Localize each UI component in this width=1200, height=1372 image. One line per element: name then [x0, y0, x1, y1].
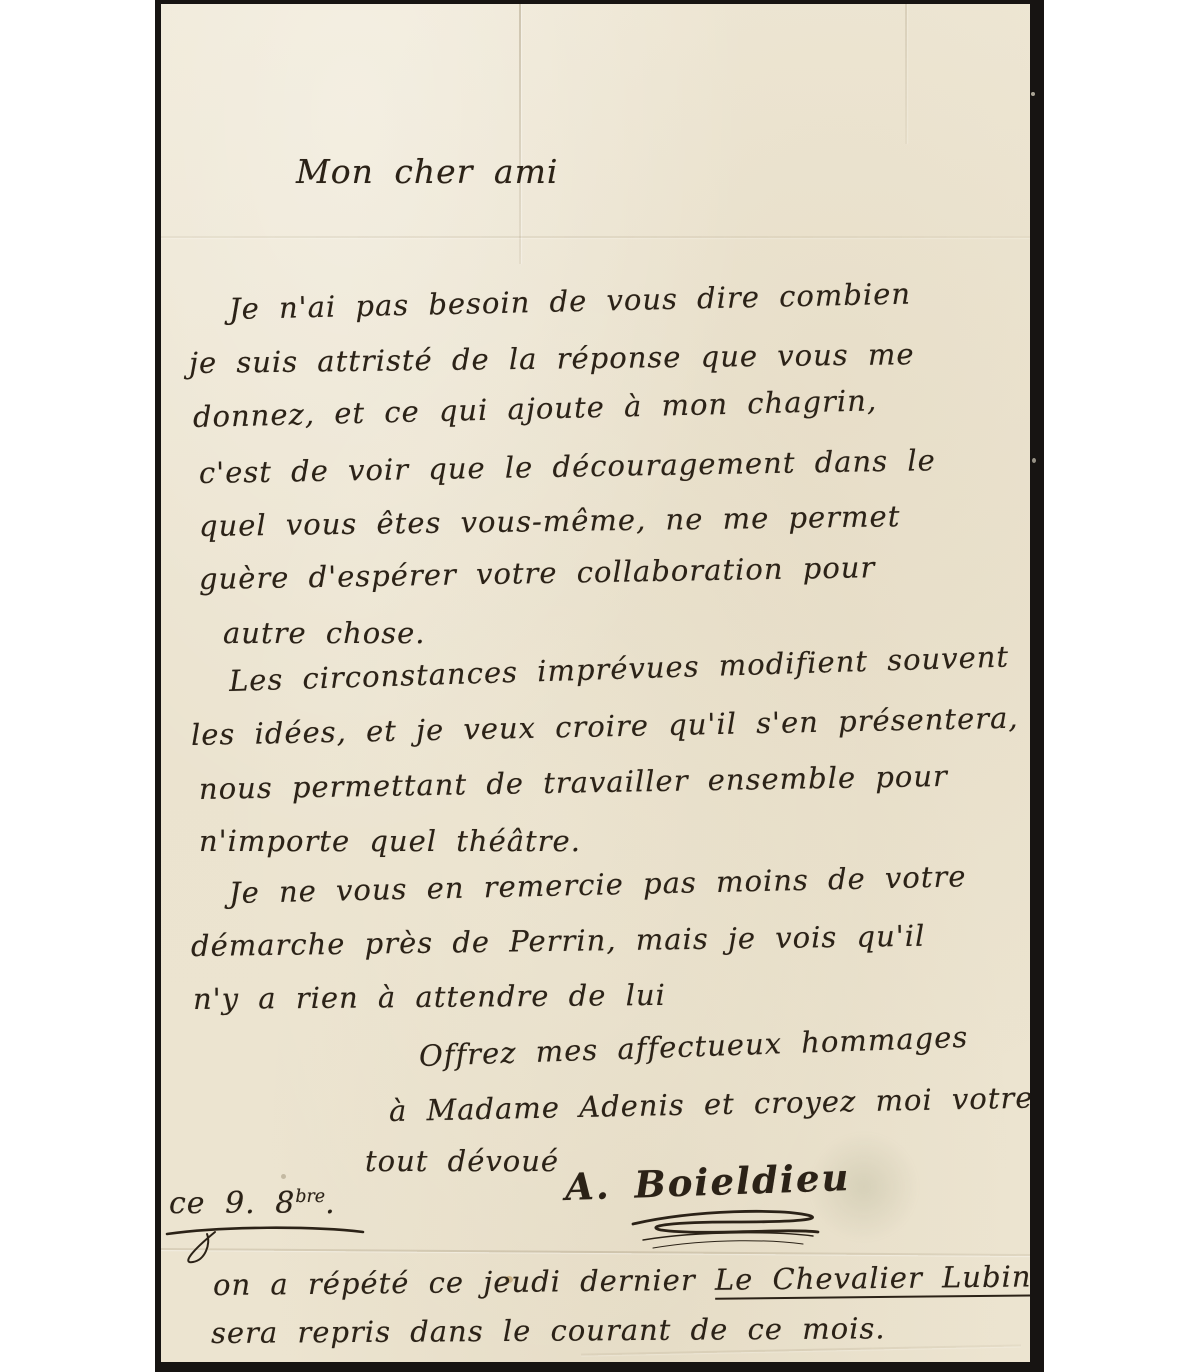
dust-speck: [1031, 92, 1035, 96]
postscript-underlined-title: Le Chevalier Lubin: [715, 1259, 1030, 1299]
dateline-superscript: bre: [295, 1187, 325, 1207]
letter-line: donnez, et ce qui ajoute à mon chagrin,: [193, 383, 878, 434]
scanned-letter-page: { "colors": { "paper": "#ebe3cf", "ink":…: [0, 0, 1200, 1372]
letter-line: n'importe quel théâtre.: [199, 824, 581, 858]
dateline-text: ce 9. 8: [169, 1186, 295, 1221]
postscript-text: on a répété ce jeudi dernier: [213, 1263, 715, 1302]
closing-line: tout dévoué: [365, 1144, 559, 1178]
letter-line: c'est de voir que le découragement dans …: [199, 443, 936, 490]
paper-stain: [281, 1174, 286, 1179]
signature: A. Boieldieu: [564, 1155, 851, 1209]
postscript-line: sera repris dans le courant de ce mois.: [211, 1311, 886, 1350]
letter-line: guère d'espérer votre collaboration pour: [199, 550, 876, 596]
letter-line: nous permettant de travailler ensemble p…: [199, 759, 948, 806]
closing-line: à Madame Adenis et croyez moi votre: [389, 1081, 1030, 1128]
dust-speck: [1032, 458, 1036, 463]
letter-paper: Mon cher ami Je n'ai pas besoin de vous …: [161, 4, 1030, 1362]
dateline: ce 9. 8bre.: [169, 1186, 336, 1221]
letter-line: autre chose.: [223, 616, 426, 650]
fold-crease-horizontal: [161, 236, 1030, 238]
letter-line: je suis attristé de la réponse que vous …: [189, 337, 915, 380]
dateline-flourish: [163, 1220, 373, 1268]
letter-line: quel vous êtes vous-même, ne me permet: [199, 499, 901, 543]
dateline-text: .: [325, 1186, 336, 1221]
letter-line: les idées, et je veux croire qu'il s'en …: [191, 701, 1019, 752]
closing-line: Offrez mes affectueux hommages: [418, 1020, 968, 1073]
letter-line: Je n'ai pas besoin de vous dire combien: [229, 277, 912, 326]
salutation: Mon cher ami: [296, 152, 558, 191]
scan-black-backing: Mon cher ami Je n'ai pas besoin de vous …: [155, 0, 1044, 1372]
fold-crease-vertical: [519, 4, 521, 264]
letter-line: Je ne vous en remercie pas moins de votr…: [229, 859, 967, 910]
fold-crease-vertical: [905, 4, 907, 144]
signature-flourish: [613, 1206, 833, 1258]
letter-line: n'y a rien à attendre de lui: [193, 978, 666, 1016]
letter-line: démarche près de Perrin, mais je vois qu…: [191, 919, 926, 963]
